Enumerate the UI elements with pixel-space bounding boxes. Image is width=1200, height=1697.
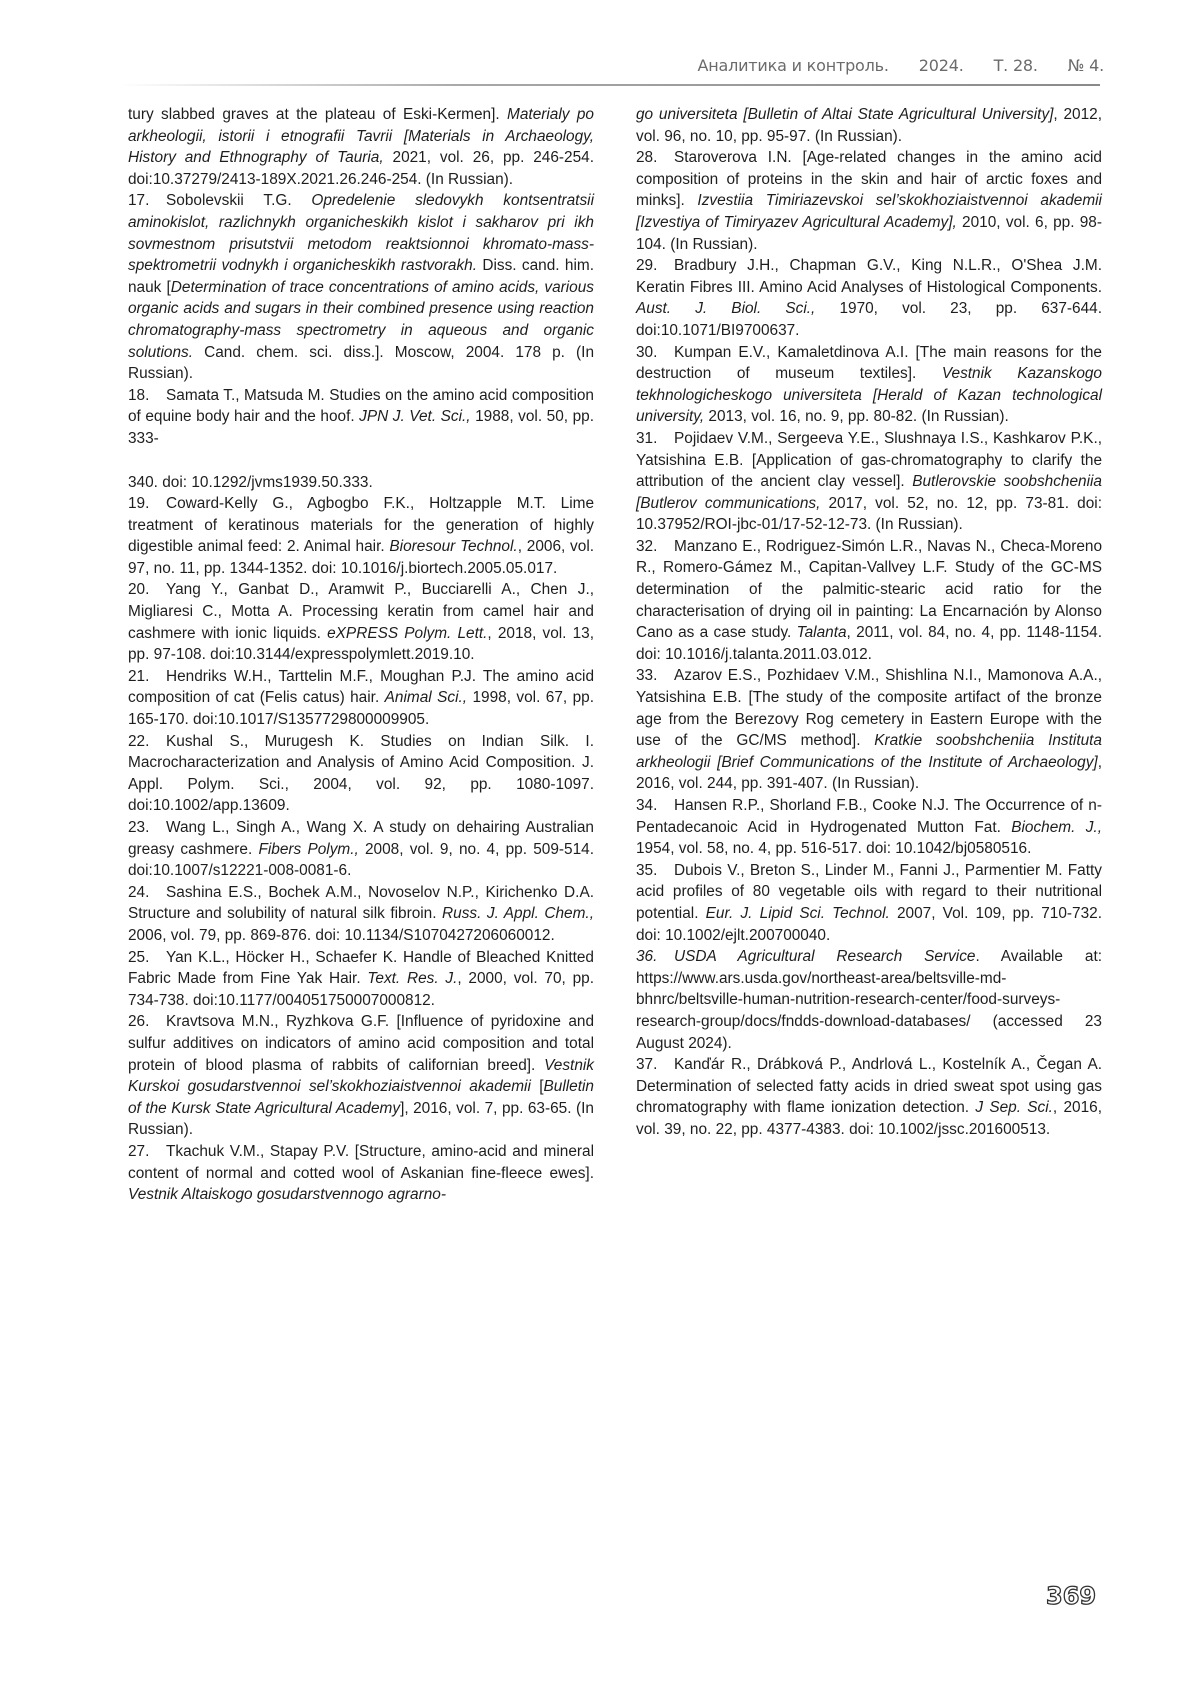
reference-number: 19.: [128, 493, 166, 515]
reference-number: 31.: [636, 428, 674, 450]
reference-item: 29.Bradbury J.H., Chapman G.V., King N.L…: [636, 255, 1102, 341]
reference-number: 25.: [128, 947, 166, 969]
reference-number: 17.: [128, 190, 166, 212]
reference-number: 23.: [128, 817, 166, 839]
reference-item: 22.Kushal S., Murugesh K. Studies on Ind…: [128, 731, 594, 817]
reference-number: 33.: [636, 665, 674, 687]
layout-gap: [128, 450, 594, 472]
reference-number: 18.: [128, 385, 166, 407]
reference-number: 24.: [128, 882, 166, 904]
reference-number: 30.: [636, 342, 674, 364]
reference-item: 21.Hendriks W.H., Tarttelin M.F., Mougha…: [128, 666, 594, 731]
reference-list-right: go universiteta [Bulletin of Altai State…: [636, 104, 1102, 1141]
reference-number: 22.: [128, 731, 166, 753]
reference-number: 36.: [636, 946, 674, 968]
reference-item: 23.Wang L., Singh A., Wang X. A study on…: [128, 817, 594, 882]
running-header: Аналитика и контроль. 2024. Т. 28. № 4.: [697, 56, 1104, 84]
journal-issue: № 4.: [1068, 56, 1104, 84]
reference-item: 18.Samata T., Matsuda M. Studies on the …: [128, 385, 594, 450]
reference-item: 19.Coward-Kelly G., Agbogbo F.K., Holtza…: [128, 493, 594, 579]
reference-item: 28.Staroverova I.N. [Age-related changes…: [636, 147, 1102, 255]
reference-item: 31.Pojidaev V.M., Sergeeva Y.E., Slushna…: [636, 428, 1102, 536]
reference-number: 32.: [636, 536, 674, 558]
reference-item: 20.Yang Y., Ganbat D., Aramwit P., Bucci…: [128, 579, 594, 665]
references-right-column: go universiteta [Bulletin of Altai State…: [636, 104, 1102, 1141]
reference-16-continuation: tury slabbed graves at the plateau of Es…: [128, 104, 594, 190]
reference-item: 32.Manzano E., Rodriguez-Simón L.R., Nav…: [636, 536, 1102, 666]
header-divider: [120, 84, 1100, 86]
reference-item: 33.Azarov E.S., Pozhidaev V.M., Shishlin…: [636, 665, 1102, 795]
reference-item: 27.Tkachuk V.M., Stapay P.V. [Structure,…: [128, 1141, 594, 1206]
reference-item: 35.Dubois V., Breton S., Linder M., Fann…: [636, 860, 1102, 946]
reference-list-left: 17.Sobolevskii T.G. Opredelenie sledovyk…: [128, 190, 594, 1205]
reference-number: 20.: [128, 579, 166, 601]
reference-item: 36.USDA Agricultural Research Service. A…: [636, 946, 1102, 1054]
journal-year: 2024.: [919, 56, 964, 84]
reference-number: 34.: [636, 795, 674, 817]
reference-item: 24.Sashina E.S., Bochek A.M., Novoselov …: [128, 882, 594, 947]
journal-title: Аналитика и контроль.: [697, 56, 888, 84]
journal-volume: Т. 28.: [994, 56, 1038, 84]
reference-item: 17.Sobolevskii T.G. Opredelenie sledovyk…: [128, 190, 594, 384]
reference-item: 25.Yan K.L., Höcker H., Schaefer K. Hand…: [128, 947, 594, 1012]
page-number: 369: [1046, 1582, 1096, 1610]
reference-number: 29.: [636, 255, 674, 277]
reference-item: 26.Kravtsova M.N., Ryzhkova G.F. [Influe…: [128, 1011, 594, 1141]
reference-number: 35.: [636, 860, 674, 882]
reference-number: 26.: [128, 1011, 166, 1033]
reference-item: 37.Kanďár R., Drábková P., Andrlová L., …: [636, 1054, 1102, 1140]
reference-item: go universiteta [Bulletin of Altai State…: [636, 104, 1102, 147]
references-left-column: tury slabbed graves at the plateau of Es…: [128, 104, 594, 1206]
reference-number: 21.: [128, 666, 166, 688]
reference-item: 340. doi: 10.1292/jvms1939.50.333.: [128, 472, 594, 494]
reference-item: 34.Hansen R.P., Shorland F.B., Cooke N.J…: [636, 795, 1102, 860]
reference-number: 37.: [636, 1054, 674, 1076]
reference-item: 30.Kumpan E.V., Kamaletdinova A.I. [The …: [636, 342, 1102, 428]
reference-number: 27.: [128, 1141, 166, 1163]
reference-number: 28.: [636, 147, 674, 169]
